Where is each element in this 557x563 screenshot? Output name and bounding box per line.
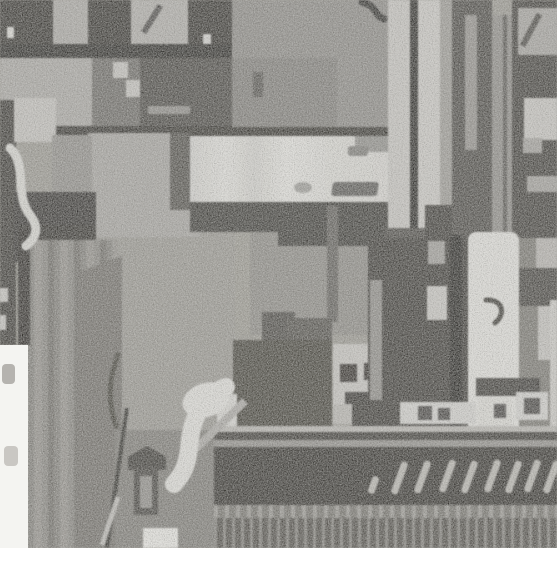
- fixture-white-3-mark: [524, 398, 540, 414]
- right-rack-strip-line: [503, 15, 507, 238]
- fixture-white-2-mark: [494, 404, 506, 418]
- support-pole: [327, 206, 338, 322]
- fixture-dark-fill: [352, 400, 398, 428]
- dark-block-2: [140, 58, 232, 133]
- beam-label-dot: [294, 182, 312, 193]
- screenshot-root: [0, 0, 557, 563]
- upper-wall-tick: [253, 72, 263, 97]
- far-right-bright-b: [524, 98, 557, 140]
- beam-label-small: [348, 146, 368, 156]
- tool-bits-bright: [428, 241, 445, 264]
- right-rack-bright-rod: [465, 15, 477, 150]
- fixture-bright-mark-1: [418, 406, 432, 420]
- fixture-bright-mark-2: [438, 408, 450, 420]
- ladder-mark-2: [126, 80, 141, 97]
- bench-edge-dark: [214, 432, 557, 440]
- beam-left-gap: [170, 133, 190, 210]
- z-column-dark-line: [410, 0, 418, 240]
- left-mid-block: [52, 135, 92, 195]
- white-carrier-bar: [476, 378, 521, 396]
- left-white-chip-1: [0, 288, 8, 302]
- beam-shadow-left: [190, 202, 280, 232]
- far-right-bright-c: [523, 138, 542, 153]
- base-rail: [214, 505, 557, 518]
- tool-tube-bright: [427, 286, 447, 320]
- left-bright-block: [14, 98, 56, 142]
- far-right-bright-d: [527, 176, 557, 192]
- margin-smudge-2: [4, 446, 18, 466]
- z-axis-column: [388, 0, 452, 240]
- left-white-chip-2: [0, 315, 6, 330]
- bench-front: [214, 447, 557, 505]
- ladder-mark-1: [113, 62, 128, 78]
- base-band: [214, 518, 557, 548]
- top-shelf-module-light-1: [53, 0, 88, 47]
- shelf-edge-band: [0, 44, 252, 58]
- beam-label: [331, 182, 379, 196]
- margin-smudge-1: [2, 364, 15, 384]
- pillar-left-edge: [18, 228, 30, 345]
- top-shelf-white-dot: [7, 27, 14, 38]
- machine-photo: [0, 0, 557, 548]
- far-right-mid-bright-1: [536, 238, 557, 268]
- white-chip-bottom: [143, 528, 178, 548]
- sensor-box-window-1: [340, 364, 357, 382]
- bottom-margin: [0, 548, 557, 563]
- dark-block-2-highlight: [148, 106, 190, 114]
- control-box: [233, 340, 332, 430]
- bench-edge-mid: [214, 440, 557, 447]
- upper-wall-shade: [232, 58, 337, 132]
- stand-fixture-slot: [140, 476, 152, 508]
- right-edge-bright: [550, 300, 557, 430]
- photo-scene: [0, 0, 557, 548]
- right-rack-strip: [492, 15, 512, 238]
